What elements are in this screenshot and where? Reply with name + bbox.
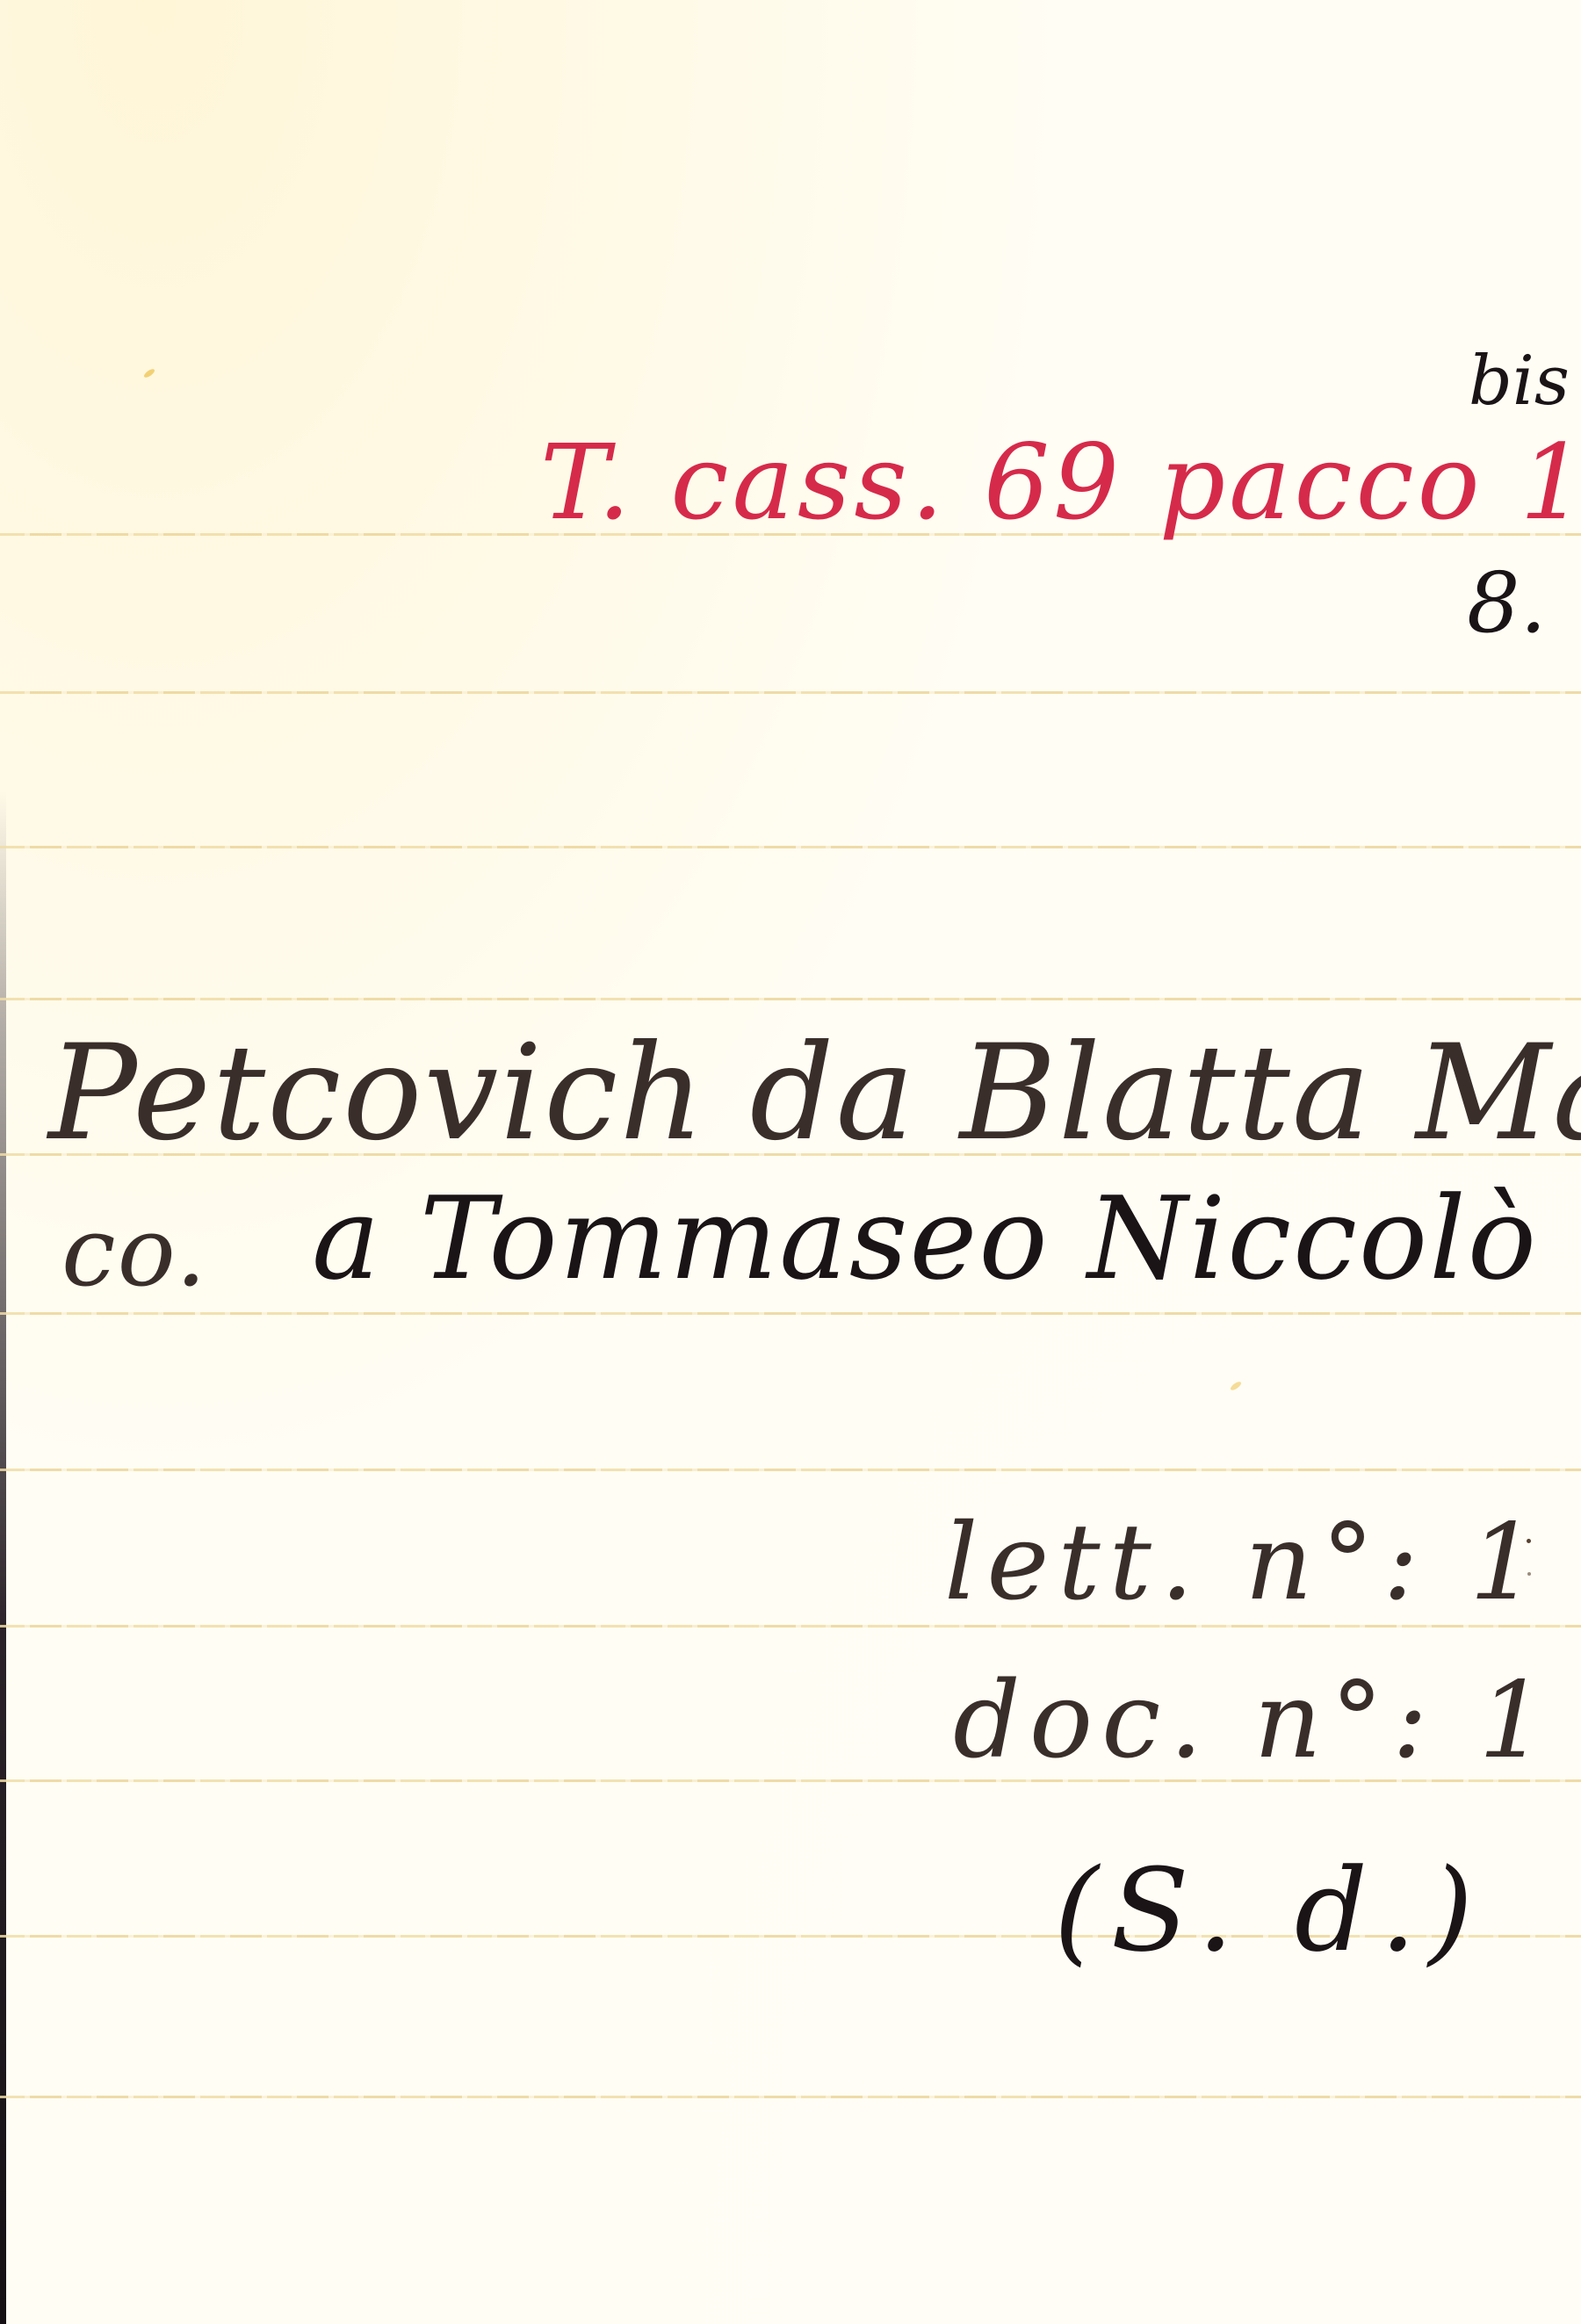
ruled-line — [0, 1625, 1581, 1628]
ruled-line — [0, 2096, 1581, 2098]
entry-correspondent-line-2-prefix: co. — [61, 1203, 208, 1300]
documents-count-label: doc. n°: 1 — [953, 1669, 1555, 1774]
paper-stain — [1230, 1381, 1243, 1392]
entry-recipient: a Tommaseo Niccolò ? — [312, 1181, 1581, 1296]
ruled-line — [0, 1469, 1581, 1471]
letters-count-label: lett. n°: 1 — [944, 1511, 1545, 1616]
archive-location-reference: T. cass. 69 pacco 124. — [540, 430, 1581, 534]
ruled-line — [0, 846, 1581, 848]
index-card: bis T. cass. 69 pacco 124. 8. Petcovich … — [0, 0, 1581, 2324]
paper-stain — [143, 368, 156, 379]
ruled-line — [0, 1312, 1581, 1315]
ruled-line — [0, 998, 1581, 1000]
entry-correspondent-line-1: Petcovich da Blatta Mar_ — [48, 1028, 1581, 1159]
undated-note: (S. d.) — [1054, 1853, 1485, 1967]
scan-left-edge-shadow — [0, 790, 6, 2324]
archive-item-number: 8. — [1467, 562, 1547, 646]
ruled-line — [0, 691, 1581, 694]
archive-bis-annotation: bis — [1469, 347, 1570, 415]
